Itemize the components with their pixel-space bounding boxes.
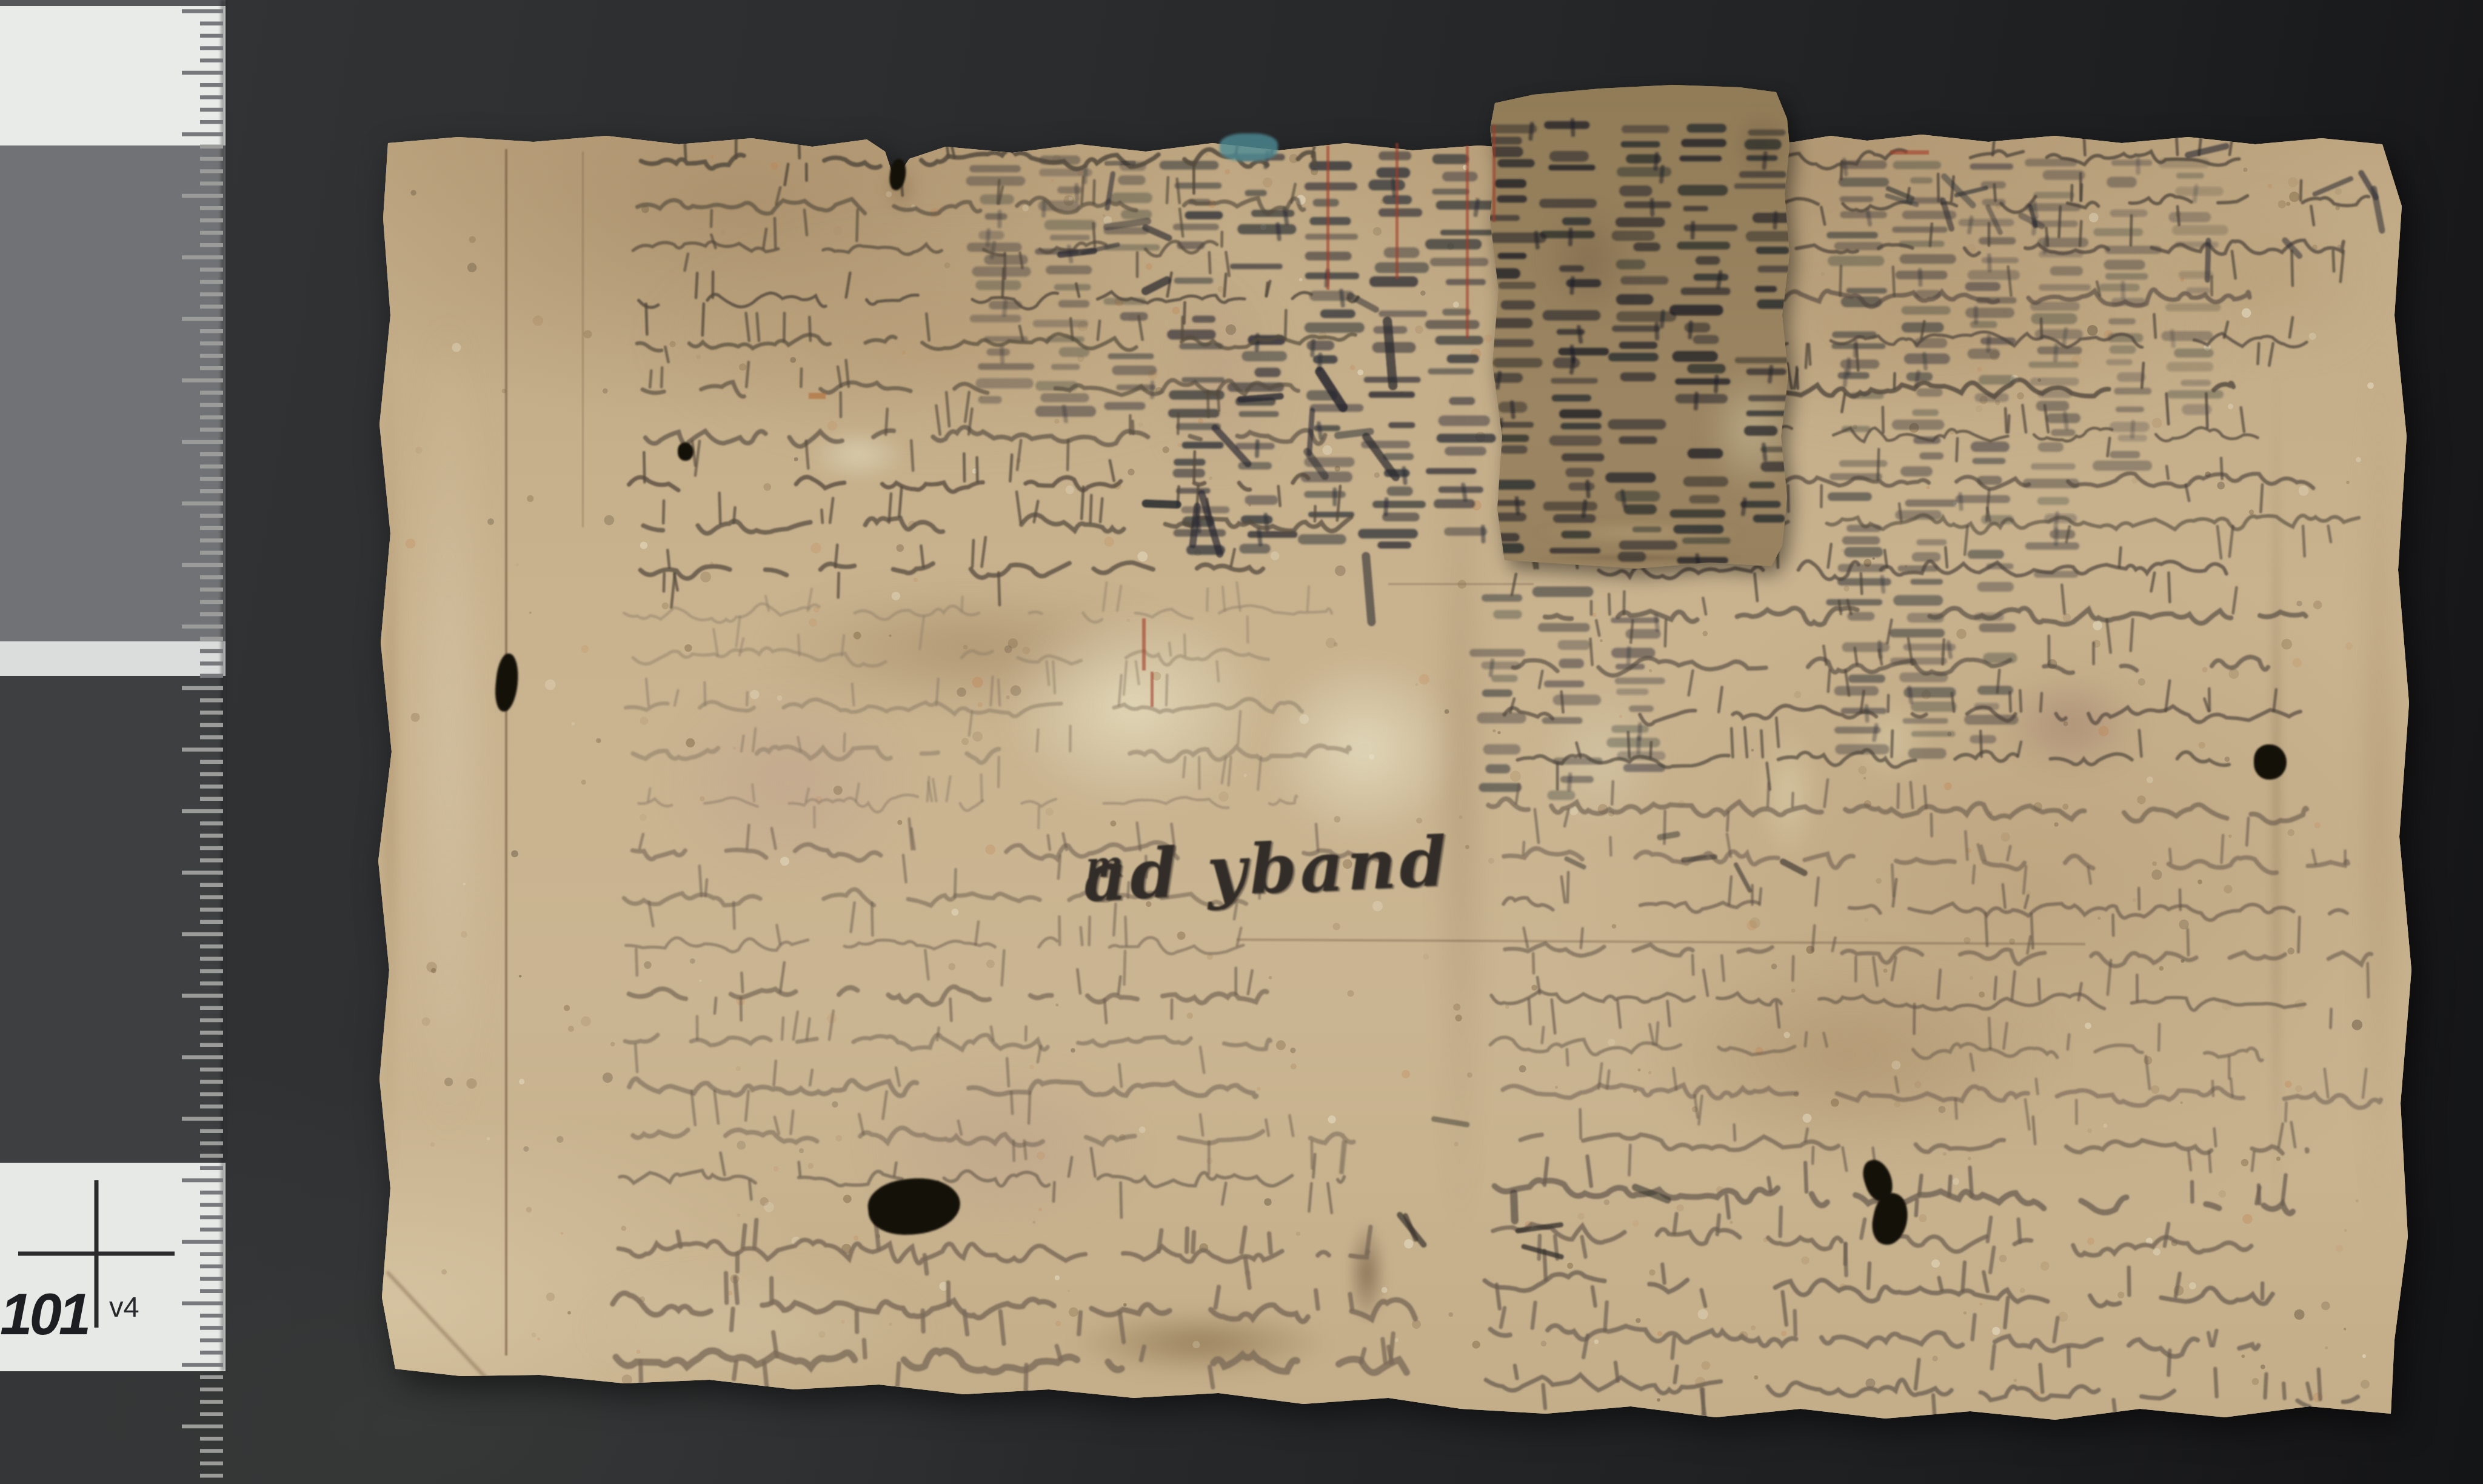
inscription-ad-yband: ad ybandm [1081,827,1484,912]
photo-stage: 101 v4 ad ybandm [0,0,2483,1484]
fragment-stain [1491,553,1788,563]
attached-fragment [0,0,2483,1484]
fragment-stain [1528,182,1649,339]
inscription-text: ad yband [1081,829,1451,912]
attached-fragment-wrap [0,0,2483,1484]
fragment-stain [1722,97,1800,194]
inscription-superscript: m [1085,843,1127,886]
fragment-stain [1685,339,1819,521]
